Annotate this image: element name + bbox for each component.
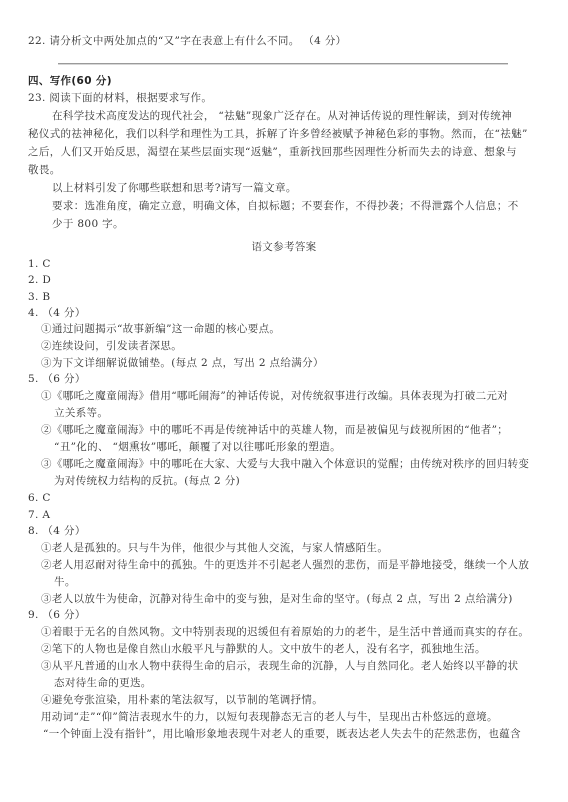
answer-point: ②老人用忍耐对待生命中的孤独。牛的更迭并不引起老人强烈的悲伤，而是平静地接受，继… (41, 558, 529, 572)
material-line: 秘仪式的祛神秘化，我们以科学和理性为工具，拆解了许多曾经被赋予神秘色彩的事物。然… (28, 127, 528, 141)
divider-line (58, 63, 508, 65)
answer-point-cont: 为对传统权力结构的反抗。(每点 2 分) (54, 474, 240, 488)
answer-key-title: 语文参考答案 (0, 240, 568, 254)
answer-point-cont: “丑”化的、 “烟熏妆”哪吒，颠覆了对以往哪吒形象的塑造。 (54, 440, 341, 454)
writing-requirements: 少于 800 字。 (52, 217, 124, 231)
answer-point: ①《哪吒之魔童闹海》借用“哪吒闹海”的神话传说，对传统叙事进行改编。具体表现为打… (41, 389, 508, 403)
answer-point: ③为下文详细解说做铺垫。(每点 2 点，写出 2 点给满分） (41, 356, 324, 370)
material-line: 敬畏。 (28, 163, 61, 177)
answer-point-cont: 牛。 (54, 575, 76, 589)
answer-item: 6. C (28, 491, 51, 505)
answer-point-cont: 态对待生命的更迭。 (54, 676, 152, 690)
material-line: 之后，人们又开始反思，渴望在某些层面实现“返魅”，重新找回那些因理性分析而失去的… (28, 145, 517, 159)
answer-point-cont: 立关系等。 (54, 406, 108, 420)
answer-extra-line: 用动词“走”“仰”简洁表现水牛的力，以短句表现静态无言的老人与牛，呈现出古朴悠远… (41, 710, 498, 724)
material-line: 在科学技术高度发达的现代社会， “祛魅”现象广泛存在。从对神话传说的理性解读，到… (52, 109, 512, 123)
question-23-prompt: 23. 阅读下面的材料，根据要求写作。 (28, 91, 212, 105)
answer-item: 2. D (28, 273, 51, 287)
answer-item: 1. C (28, 257, 51, 271)
answer-point: ①着眼于无名的自然风物。文中特别表现的迟缓但有着原始的力的老牛，是生活中普通而真… (41, 625, 529, 639)
answer-extra-line: “一个钟面上没有指针”，用比喻形象地表现牛对老人的重要，既表达老人失去牛的茫然悲… (43, 727, 521, 741)
exam-page: 22. 请分析文中两处加点的“又”字在表意上有什么不同。 （4 分） 四、写作(… (0, 0, 568, 802)
answer-item: 7. A (28, 508, 50, 522)
question-22: 22. 请分析文中两处加点的“又”字在表意上有什么不同。 （4 分） (28, 34, 347, 48)
answer-point: ②笔下的人物也是像自然山水般平凡与静默的人。文中放牛的老人，没有名字，孤独地生活… (41, 642, 486, 656)
answer-item: 3. B (28, 290, 50, 304)
answer-item: 5. （6 分） (28, 372, 86, 386)
writing-instruction: 以上材料引发了你哪些联想和思考?请写一篇文章。 (52, 181, 297, 195)
answer-point: ③《哪吒之魔童闹海》中的哪吒在大家、大爱与大我中融入个体意识的觉醒；由传统对秩序… (41, 457, 529, 471)
answer-point: ④避免夸张渲染，用朴素的笔法叙写，以节制的笔调抒情。 (41, 693, 323, 707)
answer-item: 8. （4 分） (28, 524, 86, 538)
section-heading-writing: 四、写作(60 分) (28, 74, 112, 88)
answer-item: 4. （4 分） (28, 306, 86, 320)
answer-item: 9. （6 分） (28, 608, 86, 622)
answer-point: ②连续设问，引发读者深思。 (41, 339, 182, 353)
answer-point: ②《哪吒之魔童闹海》中的哪吒不再是传统神话中的英雄人物，而是被偏见与歧视所困的“… (41, 423, 508, 437)
writing-requirements: 要求：选准角度，确定立意，明确文体，自拟标题；不要套作，不得抄袭；不得泄露个人信… (52, 199, 519, 213)
answer-point: ③从平凡普通的山水人物中获得生命的启示，表现生命的沉静，人与自然同化。老人始终以… (41, 659, 518, 673)
answer-point: ①老人是孤独的。只与牛为伴，他很少与其他人交流，与家人情感陌生。 (41, 541, 388, 555)
answer-point: ③老人以放牛为使命，沉静对待生命中的变与独，是对生命的坚守。(每点 2 点，写出… (41, 592, 513, 606)
answer-point: ①通过问题揭示“故事新编”这一命题的核心要点。 (41, 322, 280, 336)
